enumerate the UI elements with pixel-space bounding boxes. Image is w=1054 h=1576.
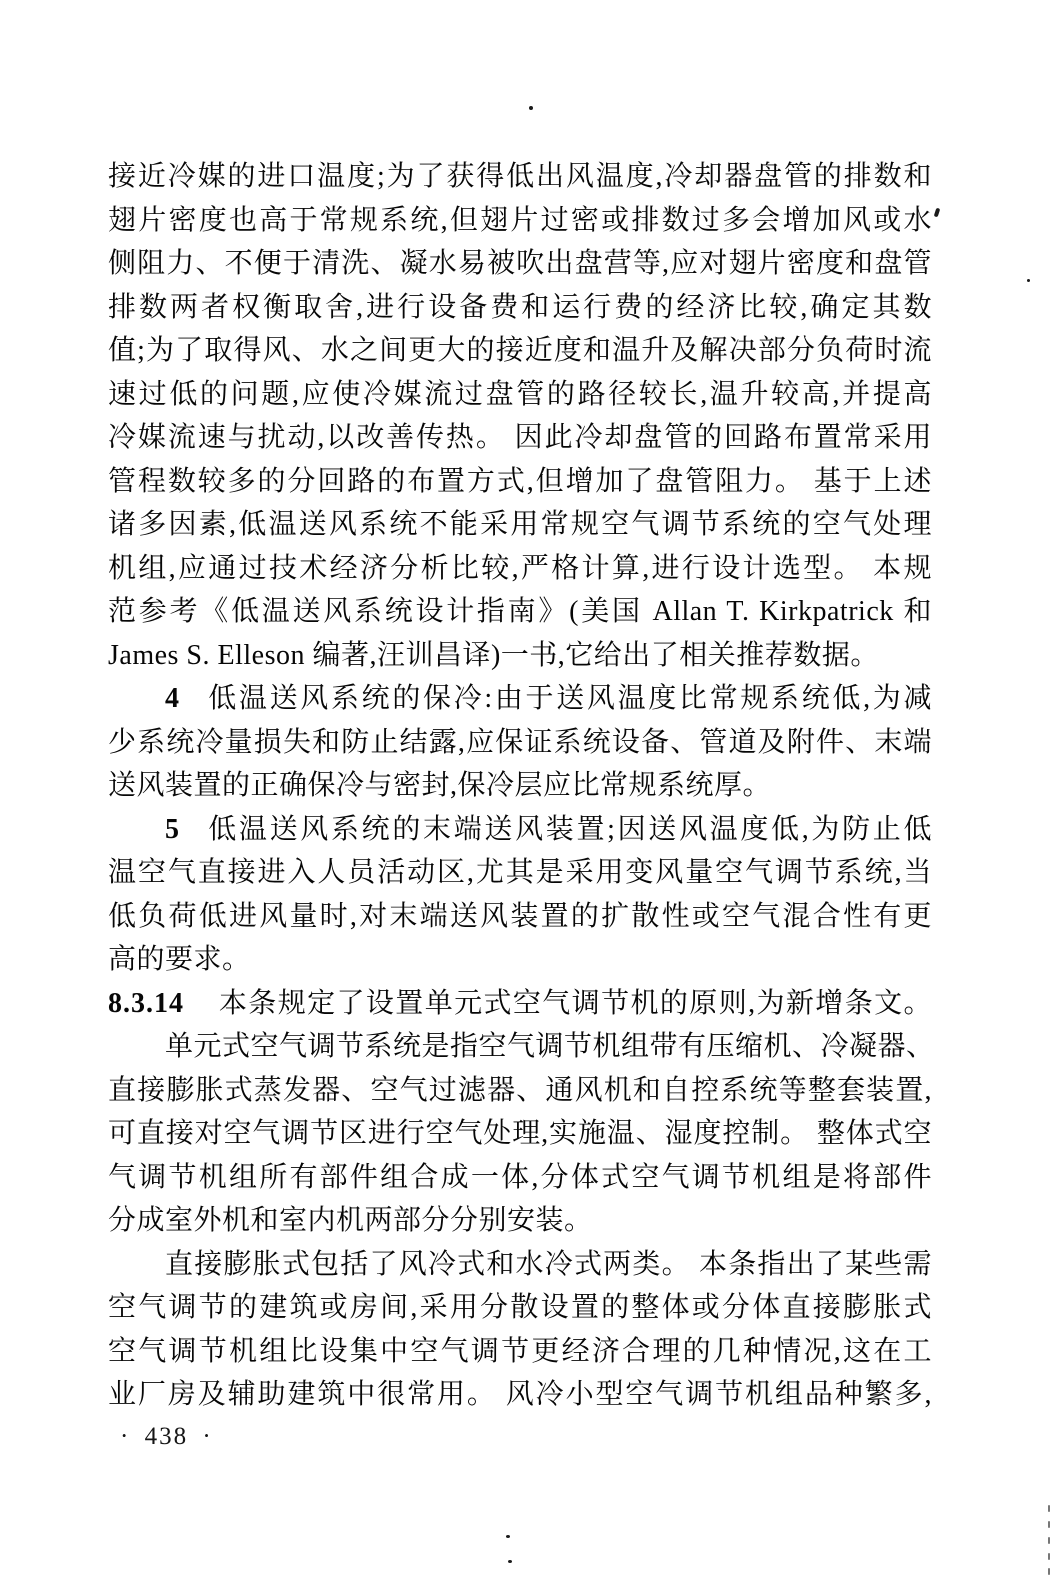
body-text: 接近冷媒的进口温度;为了获得低出风温度,冷却器盘管的排数和 翅片密度也高于常规系… [108,155,932,1417]
text-line: 低负荷低进风量时,对末端送风装置的扩散性或空气混合性有更 [108,895,932,939]
text-line: 排数两者权衡取舍,进行设备费和运行费的经济比较,确定其数 [108,286,932,330]
text-line: 少系统冷量损失和防止结露,应保证系统设备、管道及附件、末端 [108,721,932,765]
text-line: 单元式空气调节系统是指空气调节机组带有压缩机、冷凝器、 [108,1025,932,1069]
list-item-number: 4 [165,683,180,714]
section-heading-line: 8.3.14本条规定了设置单元式空气调节机的原则,为新增条文。 [108,982,932,1026]
list-item-text: 低温送风系统的末端送风装置;因送风温度低,为防止低 [206,814,932,845]
section-text: 本条规定了设置单元式空气调节机的原则,为新增条文。 [218,988,932,1019]
scan-speck [529,106,533,110]
text-line: 业厂房及辅助建筑中很常用。 风冷小型空气调节机组品种繁多, [108,1373,932,1417]
scan-speck [506,1535,510,1538]
text-line: 机组,应通过技术经济分析比较,严格计算,进行设计选型。 本规 [108,547,932,591]
text-line: 空气调节机组比设集中空气调节更经济合理的几种情况,这在工 [108,1330,932,1374]
text-line: 直接膨胀式包括了风冷式和水冷式两类。 本条指出了某些需 [108,1243,932,1287]
text-line: 送风装置的正确保冷与密封,保冷层应比常规系统厚。 [108,764,932,808]
text-line: 速过低的问题,应使冷媒流过盘管的路径较长,温升较高,并提高 [108,373,932,417]
list-item-number: 5 [165,814,180,845]
scan-edge-artifact [1048,1553,1050,1560]
text-line: 诸多因素,低温送风系统不能采用常规空气调节系统的空气处理 [108,503,932,547]
scanned-book-page: 接近冷媒的进口温度;为了获得低出风温度,冷却器盘管的排数和 翅片密度也高于常规系… [0,0,1054,1576]
text-line: 翅片密度也高于常规系统,但翅片过密或排数过多会增加风或水 [108,199,932,243]
scan-speck [1027,279,1030,282]
scan-speck [934,208,941,218]
text-line: 范参考《低温送风系统设计指南》(美国 Allan T. Kirkpatrick … [108,590,932,634]
text-line: 空气调节的建筑或房间,采用分散设置的整体或分体直接膨胀式 [108,1286,932,1330]
text-line: 温空气直接进入人员活动区,尤其是采用变风量空气调节系统,当 [108,851,932,895]
scan-edge-artifact [1048,1568,1050,1575]
scan-speck [508,1560,512,1563]
text-line: 侧阻力、不便于清洗、凝水易被吹出盘营等,应对翅片密度和盘管 [108,242,932,286]
text-line: 可直接对空气调节区进行空气处理,实施温、湿度控制。 整体式空 [108,1112,932,1156]
text-line: 冷媒流速与扰动,以改善传热。 因此冷却盘管的回路布置常采用 [108,416,932,460]
text-line: James S. Elleson 编著,汪训昌译)一书,它给出了相关推荐数据。 [108,634,932,678]
list-item-line: 5低温送风系统的末端送风装置;因送风温度低,为防止低 [108,808,932,852]
section-number: 8.3.14 [108,988,184,1019]
text-line: 气调节机组所有部件组合成一体,分体式空气调节机组是将部件 [108,1156,932,1200]
text-line: 分成室外机和室内机两部分分别安装。 [108,1199,932,1243]
scan-edge-artifact [1048,1521,1050,1528]
text-line: 管程数较多的分回路的布置方式,但增加了盘管阻力。 基于上述 [108,460,932,504]
text-line: 值;为了取得风、水之间更大的接近度和温升及解决部分负荷时流 [108,329,932,373]
scan-edge-artifact [1048,1505,1050,1512]
text-line: 高的要求。 [108,938,932,982]
text-line: 接近冷媒的进口温度;为了获得低出风温度,冷却器盘管的排数和 [108,155,932,199]
scan-edge-artifact [1048,1537,1050,1544]
list-item-line: 4低温送风系统的保冷:由于送风温度比常规系统低,为减 [108,677,932,721]
text-line: 直接膨胀式蒸发器、空气过滤器、通风机和自控系统等整套装置, [108,1069,932,1113]
list-item-text: 低温送风系统的保冷:由于送风温度比常规系统低,为减 [206,683,932,714]
page-number: · 438 · [120,1422,213,1452]
